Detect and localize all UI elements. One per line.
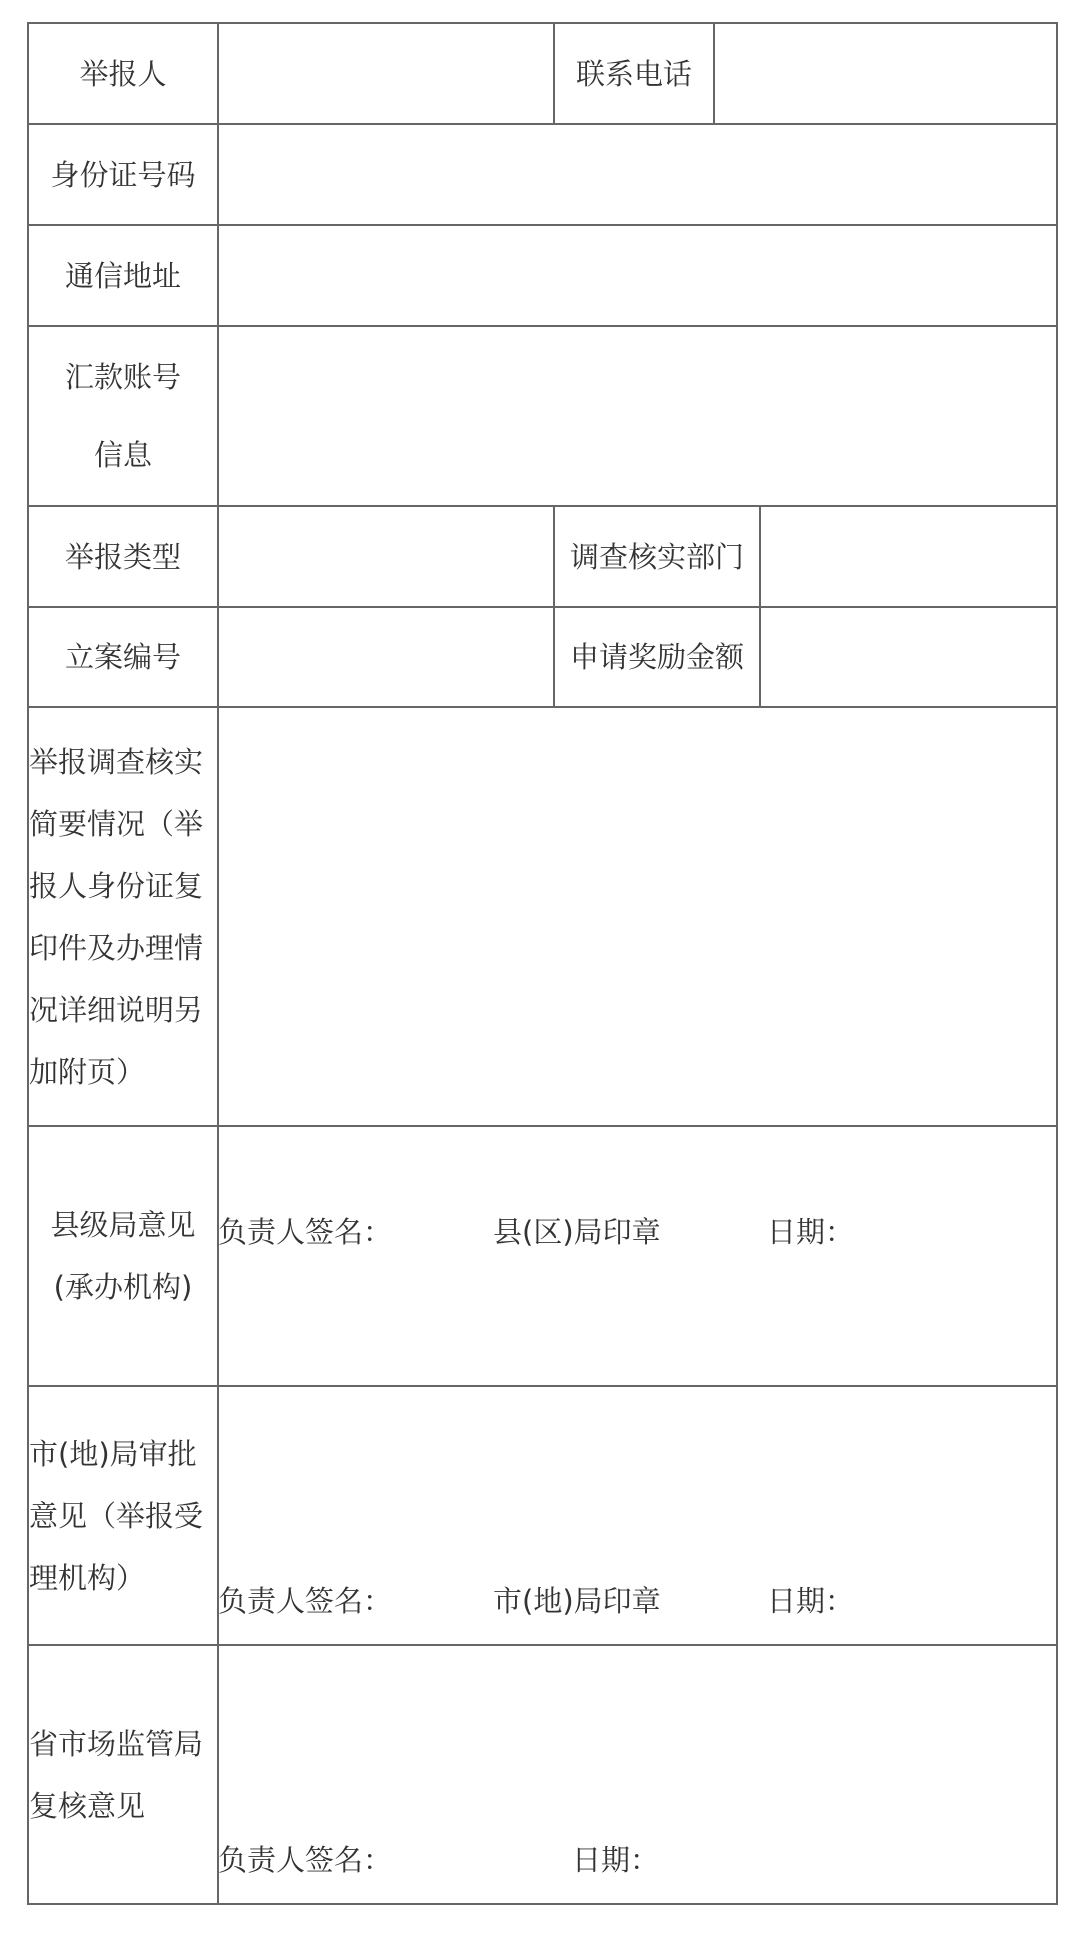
province-review-label: 省市场监管局 复核意见 xyxy=(29,1646,217,1903)
summary-label-line: 举报调查核实 xyxy=(29,731,203,793)
city-opinion-label-line: 市(地)局审批 xyxy=(29,1423,197,1485)
province-date-label: 日期： xyxy=(572,1842,659,1878)
reward-application-form: 举报人 联系电话 身份证号码 通信地址 汇款账号 信息 举报类型 调查核实部门 … xyxy=(27,22,1056,1903)
province-review-label-line: 省市场监管局 xyxy=(29,1713,203,1775)
table-border-right xyxy=(1056,22,1058,1905)
reward-amount-field[interactable] xyxy=(761,608,1056,706)
summary-label-line: 简要情况（举 xyxy=(29,793,203,855)
county-opinion-label-line1: 县级局意见 xyxy=(50,1194,195,1256)
province-signature-label: 负责人签名： xyxy=(218,1842,392,1878)
county-opinion-label: 县级局意见 (承办机构) xyxy=(29,1127,217,1385)
reward-amount-label-text: 申请奖励金额 xyxy=(570,637,744,677)
report-type-label: 举报类型 xyxy=(29,507,217,606)
investigation-summary-label: 举报调查核实 简要情况（举 报人身份证复 印件及办理情 况详细说明另 加附页） xyxy=(29,708,217,1125)
address-label: 通信地址 xyxy=(29,226,217,325)
investigating-dept-label: 调查核实部门 xyxy=(555,507,759,606)
county-signature-label: 负责人签名： xyxy=(218,1214,392,1250)
investigating-dept-label-text: 调查核实部门 xyxy=(570,537,744,577)
summary-label-line: 加附页） xyxy=(29,1041,145,1103)
county-stamp-label: 县(区)局印章 xyxy=(493,1214,661,1250)
id-number-label-text: 身份证号码 xyxy=(50,155,195,195)
city-stamp-label: 市(地)局印章 xyxy=(493,1583,661,1619)
report-type-field[interactable] xyxy=(219,507,553,606)
case-number-label: 立案编号 xyxy=(29,608,217,706)
county-date-label: 日期： xyxy=(767,1214,854,1250)
address-field[interactable] xyxy=(219,226,1056,325)
city-date-label: 日期： xyxy=(767,1583,854,1619)
summary-label-line: 报人身份证复 xyxy=(29,855,203,917)
reporter-label: 举报人 xyxy=(29,24,217,123)
case-number-label-text: 立案编号 xyxy=(65,637,181,677)
case-number-field[interactable] xyxy=(219,608,553,706)
bank-account-field[interactable] xyxy=(219,327,1056,505)
city-opinion-label: 市(地)局审批 意见（举报受 理机构） xyxy=(29,1387,217,1644)
investigating-dept-field[interactable] xyxy=(761,507,1056,606)
investigation-summary-field[interactable] xyxy=(219,708,1056,1125)
phone-field[interactable] xyxy=(715,24,1056,123)
summary-label-line: 况详细说明另 xyxy=(29,979,203,1041)
province-review-label-line: 复核意见 xyxy=(29,1775,145,1837)
reporter-label-text: 举报人 xyxy=(79,54,166,94)
bank-account-label-line1: 汇款账号 xyxy=(65,338,181,416)
summary-label-line: 印件及办理情 xyxy=(29,917,203,979)
city-signature-label: 负责人签名： xyxy=(218,1583,392,1619)
reward-amount-label: 申请奖励金额 xyxy=(555,608,759,706)
table-border-bottom xyxy=(27,1903,1058,1905)
address-label-text: 通信地址 xyxy=(65,256,181,296)
county-opinion-label-line2: (承办机构) xyxy=(54,1256,193,1318)
bank-account-label: 汇款账号 信息 xyxy=(29,327,217,505)
id-number-label: 身份证号码 xyxy=(29,125,217,224)
county-opinion-field[interactable] xyxy=(219,1127,1056,1385)
phone-label-text: 联系电话 xyxy=(576,54,692,94)
report-type-label-text: 举报类型 xyxy=(65,537,181,577)
city-opinion-label-line: 意见（举报受 xyxy=(29,1485,203,1547)
phone-label: 联系电话 xyxy=(555,24,713,123)
bank-account-label-line2: 信息 xyxy=(94,416,152,494)
city-opinion-label-line: 理机构） xyxy=(29,1547,145,1609)
reporter-field[interactable] xyxy=(219,24,553,123)
id-number-field[interactable] xyxy=(219,125,1056,224)
